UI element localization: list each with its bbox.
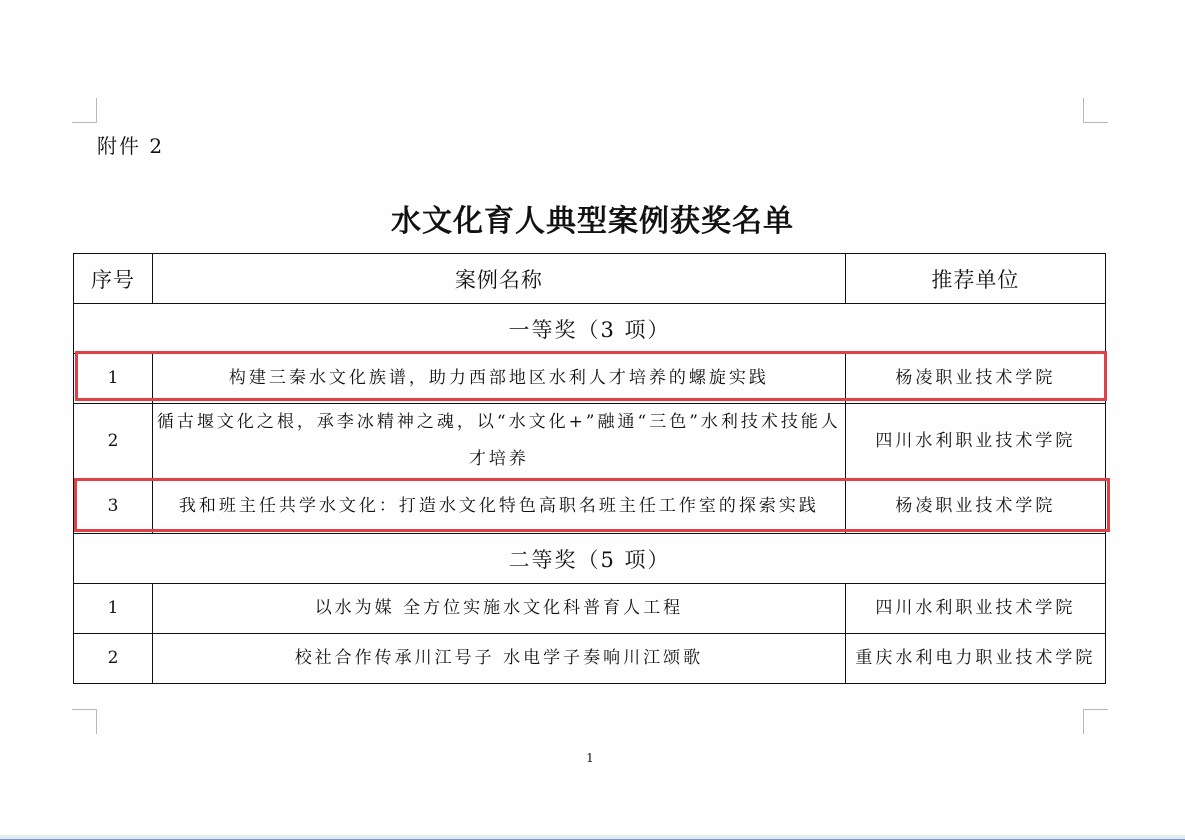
header-recommending-unit: 推荐单位 [845, 254, 1105, 304]
window-bottom-edge [0, 835, 1185, 840]
cell-case-name: 我和班主任共学水文化：打造水文化特色高职名班主任工作室的探索实践 [153, 479, 846, 534]
attachment-label: 附件 2 [97, 130, 164, 159]
cell-unit: 杨凌职业技术学院 [845, 354, 1105, 404]
section-row-first-prize: 一等奖（3 项） [74, 304, 1106, 354]
cell-case-name: 构建三秦水文化族谱，助力西部地区水利人才培养的螺旋实践 [153, 354, 846, 404]
margin-corner-bottom-right [1083, 709, 1108, 734]
document-page: 附件 2 水文化育人典型案例获奖名单 序号 案例名称 推荐单位 一等奖（3 项）… [0, 0, 1185, 836]
awards-table: 序号 案例名称 推荐单位 一等奖（3 项） 1 构建三秦水文化族谱，助力西部地区… [73, 253, 1106, 684]
header-no: 序号 [74, 254, 153, 304]
cell-unit: 四川水利职业技术学院 [845, 404, 1105, 479]
table-row: 2 循古堰文化之根，承李冰精神之魂，以“水文化+”融通“三色”水利技术技能人才培… [74, 404, 1106, 479]
page-number: 1 [583, 751, 597, 765]
cell-unit: 杨凌职业技术学院 [845, 479, 1105, 534]
cell-no: 1 [74, 584, 153, 634]
header-case-name: 案例名称 [153, 254, 846, 304]
cell-case-name: 以水为媒 全方位实施水文化科普育人工程 [153, 584, 846, 634]
table-row: 3 我和班主任共学水文化：打造水文化特色高职名班主任工作室的探索实践 杨凌职业技… [74, 479, 1106, 534]
cell-unit: 四川水利职业技术学院 [845, 584, 1105, 634]
section-label: 二等奖（5 项） [74, 534, 1106, 584]
document-title: 水文化育人典型案例获奖名单 [0, 196, 1185, 240]
table-header-row: 序号 案例名称 推荐单位 [74, 254, 1106, 304]
cell-no: 2 [74, 634, 153, 684]
cell-unit: 重庆水利电力职业技术学院 [845, 634, 1105, 684]
table-row: 1 以水为媒 全方位实施水文化科普育人工程 四川水利职业技术学院 [74, 584, 1106, 634]
margin-corner-top-left [72, 98, 97, 123]
cell-no: 2 [74, 404, 153, 479]
table-row: 2 校社合作传承川江号子 水电学子奏响川江颂歌 重庆水利电力职业技术学院 [74, 634, 1106, 684]
cell-no: 3 [74, 479, 153, 534]
section-label: 一等奖（3 项） [74, 304, 1106, 354]
cell-case-name: 循古堰文化之根，承李冰精神之魂，以“水文化+”融通“三色”水利技术技能人才培养 [153, 404, 846, 479]
margin-corner-top-right [1083, 98, 1108, 123]
section-row-second-prize: 二等奖（5 项） [74, 534, 1106, 584]
table-row: 1 构建三秦水文化族谱，助力西部地区水利人才培养的螺旋实践 杨凌职业技术学院 [74, 354, 1106, 404]
cell-no: 1 [74, 354, 153, 404]
margin-corner-bottom-left [72, 709, 97, 734]
cell-case-name: 校社合作传承川江号子 水电学子奏响川江颂歌 [153, 634, 846, 684]
